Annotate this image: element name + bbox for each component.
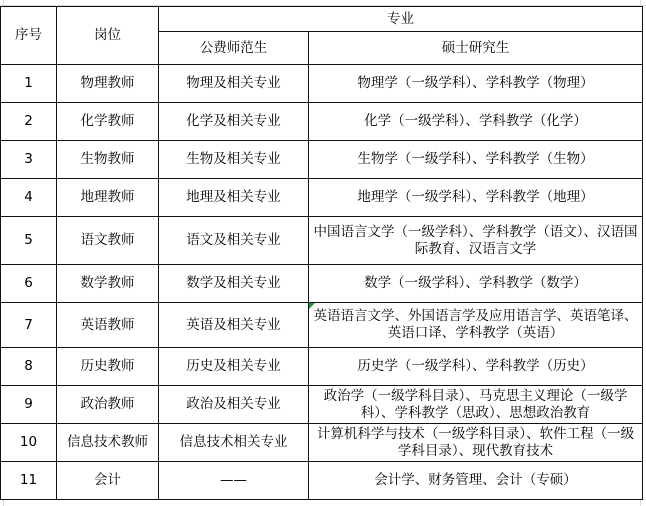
cell-public-normal[interactable]: 化学及相关专业 [159,103,309,141]
cell-seq[interactable]: 10 [1,424,57,462]
cell-seq[interactable]: 8 [1,348,57,386]
cell-post[interactable]: 政治教师 [57,386,159,424]
cell-seq[interactable]: 1 [1,65,57,103]
table-row: 9 政治教师 政治及相关专业 政治学（一级学科目录）、马克思主义理论（一级学科）… [1,386,643,424]
cell-master[interactable]: 化学（一级学科）、学科教学（化学） [309,103,643,141]
table-row: 3 生物教师 生物及相关专业 生物学（一级学科）、学科教学（生物） [1,141,643,179]
cell-master[interactable]: 物理学（一级学科）、学科教学（物理） [309,65,643,103]
cell-master[interactable]: 地理学（一级学科）、学科教学（地理） [309,179,643,217]
cell-public-normal[interactable]: 信息技术相关专业 [159,424,309,462]
header-master[interactable]: 硕士研究生 [309,32,643,65]
header-row-1: 序号 岗位 专业 [1,7,643,32]
cell-seq[interactable]: 3 [1,141,57,179]
cell-post[interactable]: 语文教师 [57,217,159,265]
table-row: 1 物理教师 物理及相关专业 物理学（一级学科）、学科教学（物理） [1,65,643,103]
cell-master[interactable]: 历史学（一级学科）、学科教学（历史） [309,348,643,386]
cell-public-normal[interactable]: 数学及相关专业 [159,265,309,303]
cell-seq[interactable]: 4 [1,179,57,217]
cell-master[interactable]: 生物学（一级学科）、学科教学（生物） [309,141,643,179]
cell-master[interactable]: 会计学、财务管理、会计（专硕） [309,462,643,500]
header-public-normal[interactable]: 公费师范生 [159,32,309,65]
cell-seq[interactable]: 7 [1,303,57,348]
cell-post[interactable]: 数学教师 [57,265,159,303]
cell-post[interactable]: 信息技术教师 [57,424,159,462]
cell-seq[interactable]: 11 [1,462,57,500]
cell-public-normal[interactable]: 地理及相关专业 [159,179,309,217]
table-row: 4 地理教师 地理及相关专业 地理学（一级学科）、学科教学（地理） [1,179,643,217]
table-row: 8 历史教师 历史及相关专业 历史学（一级学科）、学科教学（历史） [1,348,643,386]
cell-public-normal[interactable]: 语文及相关专业 [159,217,309,265]
table-row: 6 数学教师 数学及相关专业 数学（一级学科）、学科教学（数学） [1,265,643,303]
cell-post[interactable]: 化学教师 [57,103,159,141]
table-row: 7 英语教师 英语及相关专业 英语语言文学、外国语言学及应用语言学、英语笔译、英… [1,303,643,348]
cell-seq[interactable]: 6 [1,265,57,303]
cell-public-normal[interactable]: 历史及相关专业 [159,348,309,386]
cell-post[interactable]: 生物教师 [57,141,159,179]
cell-seq[interactable]: 2 [1,103,57,141]
header-seq[interactable]: 序号 [1,7,57,65]
table-row: 5 语文教师 语文及相关专业 中国语言文学（一级学科）、学科教学（语文）、汉语国… [1,217,643,265]
comment-marker-icon [309,303,315,309]
cell-master[interactable]: 计算机科学与技术（一级学科目录）、软件工程（一级学科目录）、现代教育技术 [309,424,643,462]
cell-seq[interactable]: 5 [1,217,57,265]
cell-master[interactable]: 英语语言文学、外国语言学及应用语言学、英语笔译、英语口译、学科教学（英语） [309,303,643,348]
cell-post[interactable]: 会计 [57,462,159,500]
table-row: 2 化学教师 化学及相关专业 化学（一级学科）、学科教学（化学） [1,103,643,141]
cell-master[interactable]: 中国语言文学（一级学科）、学科教学（语文）、汉语国际教育、汉语言文学 [309,217,643,265]
cell-post[interactable]: 地理教师 [57,179,159,217]
table-row: 10 信息技术教师 信息技术相关专业 计算机科学与技术（一级学科目录）、软件工程… [1,424,643,462]
cell-public-normal[interactable]: —— [159,462,309,500]
cell-post[interactable]: 物理教师 [57,65,159,103]
cell-master[interactable]: 数学（一级学科）、学科教学（数学） [309,265,643,303]
cell-post[interactable]: 英语教师 [57,303,159,348]
cell-public-normal[interactable]: 英语及相关专业 [159,303,309,348]
header-post[interactable]: 岗位 [57,7,159,65]
header-major-group[interactable]: 专业 [159,7,643,32]
cell-master[interactable]: 政治学（一级学科目录）、马克思主义理论（一级学科）、学科教学（思政）、思想政治教… [309,386,643,424]
table-row: 11 会计 —— 会计学、财务管理、会计（专硕） [1,462,643,500]
cell-public-normal[interactable]: 生物及相关专业 [159,141,309,179]
cell-post[interactable]: 历史教师 [57,348,159,386]
cell-public-normal[interactable]: 物理及相关专业 [159,65,309,103]
cell-public-normal[interactable]: 政治及相关专业 [159,386,309,424]
recruitment-table: 序号 岗位 专业 公费师范生 硕士研究生 1 物理教师 物理及相关专业 物理学（… [0,6,643,500]
cell-seq[interactable]: 9 [1,386,57,424]
